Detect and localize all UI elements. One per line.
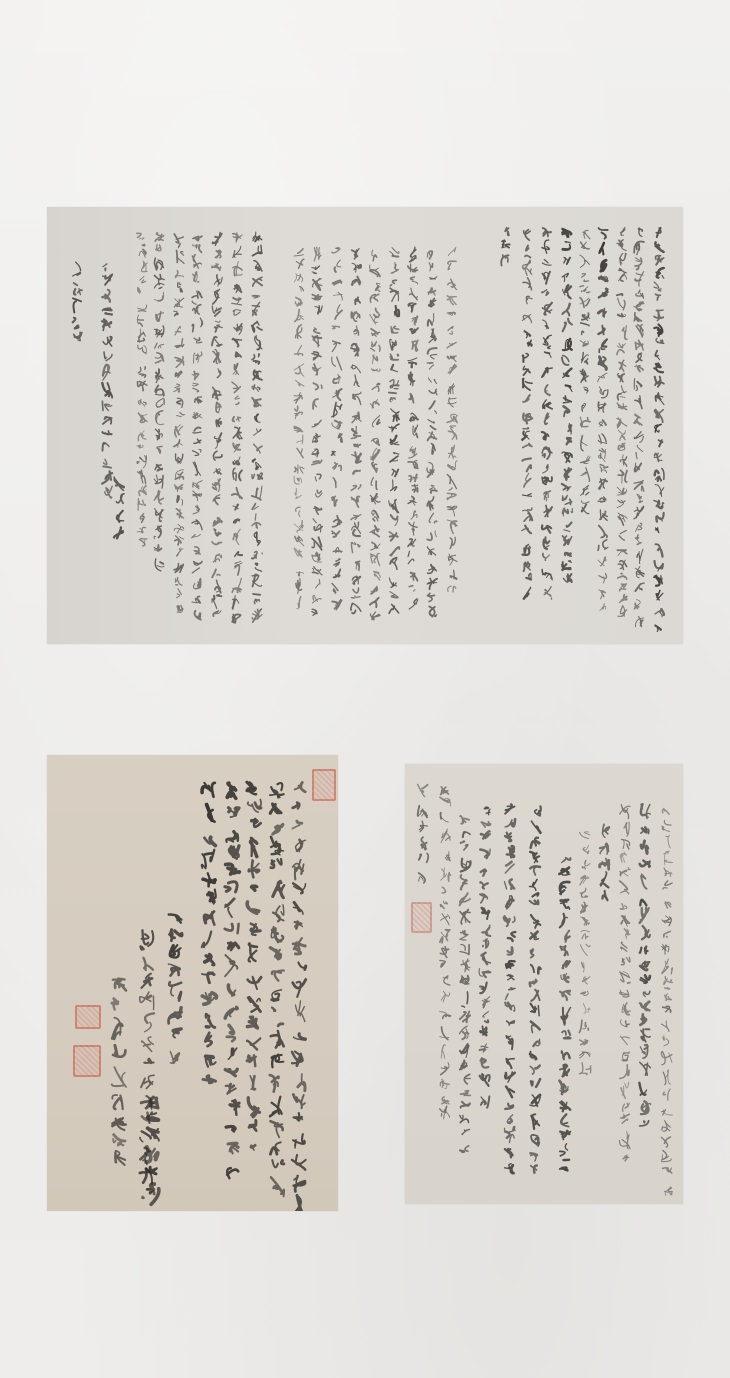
seal-stamp-icon (312, 769, 336, 801)
right-sheet-ink (405, 764, 683, 1204)
seal-stamp-icon (75, 1005, 101, 1029)
top-calligraphy-sheet: Letter in cursive kana-kanji script (11+… (47, 207, 683, 644)
left-calligraphy-sheet: Colophon in running script with three re… (47, 755, 338, 1211)
left-sheet-ink (47, 755, 338, 1211)
top-sheet-ink (47, 207, 683, 644)
seal-stamp-icon (411, 902, 432, 933)
seal-stamp-icon (73, 1045, 101, 1077)
right-calligraphy-sheet: Poem and note in semi-cursive script wit… (405, 764, 683, 1204)
